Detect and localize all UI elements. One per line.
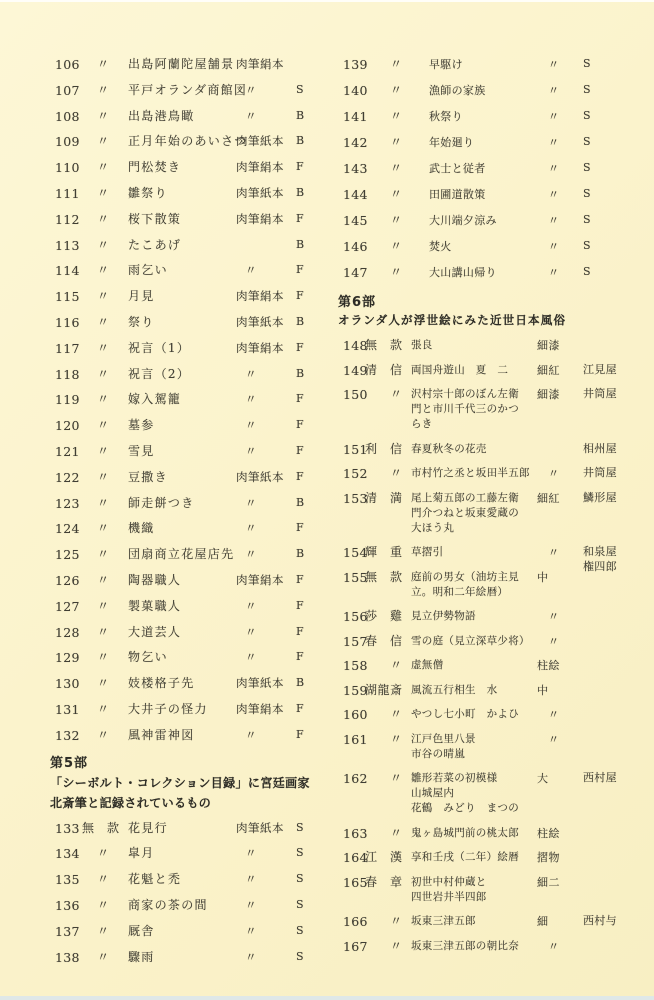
- catalog-entry-122: 122〃豆撒き肉筆紙本F: [50, 470, 314, 485]
- entry-size: F: [296, 212, 314, 227]
- catalog-entry-128: 128〃大道芸人〃F: [50, 625, 314, 640]
- entry-number: 115: [50, 289, 82, 304]
- catalog-entry-111: 111〃雛祭り肉筆紙本B: [50, 186, 314, 201]
- entry-size-line: S: [583, 83, 646, 98]
- entry-size-line: S: [296, 872, 314, 887]
- entry-medium: 肉筆絹本: [232, 160, 296, 175]
- catalog-entry-119: 119〃嫁入駕籠〃F: [50, 392, 314, 407]
- entry-number: 137: [50, 924, 82, 939]
- entry-title-line: 坂東三津五郎の朝比奈: [411, 939, 535, 954]
- entry-artist: 〃: [365, 135, 411, 150]
- entry-artist: 〃: [82, 470, 128, 485]
- entry-number: 156: [338, 609, 365, 624]
- catalog-entry-125: 125〃団扇商立花屋店先〃B: [50, 547, 314, 562]
- entry-size: S: [296, 950, 314, 965]
- entry-number: 122: [50, 470, 82, 485]
- entry-medium: 〃: [535, 634, 583, 649]
- section-5-header: 第5部 「シーボルト・コレクション目録」に宮廷画家 北斎筆と記録されているもの: [50, 754, 314, 813]
- entry-size: F: [296, 341, 314, 356]
- entry-publisher: 井筒屋: [583, 466, 646, 481]
- entry-title: 物乞い: [128, 650, 232, 665]
- entry-medium: 肉筆絹本: [232, 212, 296, 227]
- entry-number: 149: [338, 363, 365, 378]
- entry-number: 129: [50, 650, 82, 665]
- entry-artist: 〃: [365, 732, 411, 747]
- entry-size: F: [296, 702, 314, 717]
- entry-title-line: 出島港鳥瞰: [128, 109, 232, 124]
- entry-size: S: [583, 109, 646, 124]
- entry-medium: 肉筆紙本: [232, 821, 296, 836]
- entry-medium: 〃: [535, 545, 583, 560]
- entry-publisher: 江見屋: [583, 363, 646, 378]
- entry-number: 134: [50, 846, 82, 861]
- catalog-entry-132: 132〃風神雷神図〃F: [50, 728, 314, 743]
- entry-title-line: 製菓職人: [128, 599, 232, 614]
- section-5-subtitle-line: 北斎筆と記録されているもの: [50, 793, 314, 813]
- section-6-header: 第6部 オランダ人が浮世絵にみた近世日本風俗: [338, 293, 646, 329]
- entry-size: B: [296, 676, 314, 691]
- entry-publisher: 和泉屋権四郎: [583, 545, 646, 560]
- entry-medium: 細漆: [535, 387, 583, 402]
- entry-size-line: S: [296, 898, 314, 913]
- entry-title: 月見: [128, 289, 232, 304]
- catalog-entry-136: 136〃商家の茶の間〃S: [50, 898, 314, 913]
- entry-artist: 〃: [82, 109, 128, 124]
- entry-number: 116: [50, 315, 82, 330]
- entry-artist: 〃: [365, 914, 411, 929]
- entry-title: やつし七小町 かよひ: [411, 707, 535, 722]
- entry-medium: 中: [535, 570, 583, 585]
- entry-title-line: らき: [411, 417, 535, 432]
- entry-title-line: 武士と従者: [429, 161, 535, 176]
- entry-number: 163: [338, 826, 365, 841]
- entry-number: 148: [338, 338, 365, 353]
- entry-size: S: [583, 239, 646, 254]
- catalog-entry-166: 166〃坂東三津五郎細西村与: [338, 914, 646, 929]
- entry-title-line: 師走餅つき: [128, 496, 232, 511]
- entry-artist: 〃: [82, 57, 128, 72]
- catalog-entry-116: 116〃祭り肉筆紙本B: [50, 315, 314, 330]
- entry-title-line: 大ほう丸: [411, 521, 535, 536]
- entry-number: 147: [338, 265, 365, 280]
- entry-number: 111: [50, 186, 82, 201]
- entry-artist: 〃: [365, 265, 411, 280]
- entry-size: F: [296, 573, 314, 588]
- entry-number: 155: [338, 570, 365, 585]
- entry-title: 雪見: [128, 444, 232, 459]
- entry-title: 漁師の家族: [411, 83, 535, 98]
- entry-size: S: [296, 898, 314, 913]
- entry-artist: 〃: [82, 650, 128, 665]
- entry-title-line: 物乞い: [128, 650, 232, 665]
- entry-title: 見立伊勢物語: [411, 609, 535, 624]
- entry-medium: 〃: [232, 950, 296, 965]
- entry-title-line: 正月年始のあいさつ: [128, 134, 232, 149]
- entry-number: 138: [50, 950, 82, 965]
- entry-number: 161: [338, 732, 365, 747]
- entry-size: S: [583, 187, 646, 202]
- entry-title: 平戸オランダ商館図: [128, 83, 232, 98]
- entry-title: 花魁と禿: [128, 872, 232, 887]
- catalog-entry-161: 161〃江戸色里八景市谷の晴嵐〃: [338, 732, 646, 762]
- entry-title-line: 初世中村仲蔵と: [411, 875, 535, 890]
- entry-number: 128: [50, 625, 82, 640]
- section-5-subtitle-line: 「シーボルト・コレクション目録」に宮廷画家: [50, 773, 314, 793]
- catalog-entry-112: 112〃桜下散策肉筆絹本F: [50, 212, 314, 227]
- entry-title: 田圃道散策: [411, 187, 535, 202]
- catalog-entry-139: 139〃早駆け〃S: [338, 57, 646, 72]
- entry-title-line: 田圃道散策: [429, 187, 535, 202]
- entry-title: 江戸色里八景市谷の晴嵐: [411, 732, 535, 762]
- entry-number: 106: [50, 57, 82, 72]
- entry-publisher: 鱗形屋: [583, 491, 646, 506]
- entry-title-line: 秋祭り: [429, 109, 535, 124]
- entry-size: F: [296, 599, 314, 614]
- entry-artist: 無 款: [365, 570, 411, 585]
- entry-artist: 湖龍斎: [365, 683, 411, 698]
- catalog-entry-124: 124〃機織〃F: [50, 521, 314, 536]
- entry-title: 早駆け: [411, 57, 535, 72]
- entry-title: 墓参: [128, 418, 232, 433]
- entry-size-line: F: [296, 573, 314, 588]
- entry-medium: 〃: [232, 872, 296, 887]
- catalog-entry-117: 117〃祝言（1）肉筆絹本F: [50, 341, 314, 356]
- entry-medium: 〃: [535, 939, 583, 954]
- left-column: 106〃出島阿蘭陀屋舗景肉筆絹本107〃平戸オランダ商館図〃S108〃出島港鳥瞰…: [50, 57, 314, 975]
- entry-medium: 〃: [232, 496, 296, 511]
- entry-title: 豆撒き: [128, 470, 232, 485]
- catalog-entry-142: 142〃年始廻り〃S: [338, 135, 646, 150]
- entry-number: 112: [50, 212, 82, 227]
- entry-size-line: F: [296, 521, 314, 536]
- entry-number: 118: [50, 367, 82, 382]
- catalog-entry-147: 147〃大山講山帰り〃S: [338, 265, 646, 280]
- entry-title: 祭り: [128, 315, 232, 330]
- entry-size: S: [583, 213, 646, 228]
- entry-title: 草摺引: [411, 545, 535, 560]
- catalog-entry-148: 148無 款張良細漆: [338, 338, 646, 353]
- entry-artist: 江 漢: [365, 850, 411, 865]
- entry-size-line: S: [583, 135, 646, 150]
- entry-title-line: 桜下散策: [128, 212, 232, 227]
- entry-artist: 〃: [82, 496, 128, 511]
- entry-medium: 〃: [232, 924, 296, 939]
- entry-title-line: 皐月: [128, 846, 232, 861]
- entry-size-line: F: [296, 625, 314, 640]
- entry-size-line: B: [296, 315, 314, 330]
- entry-title-line: 草摺引: [411, 545, 535, 560]
- entry-title-line: 漁師の家族: [429, 83, 535, 98]
- entry-title-line: 門と市川千代三のかつ: [411, 402, 535, 417]
- entry-title: 庭前の男女（油坊主見立。明和二年絵暦）: [411, 570, 535, 600]
- entry-title: 師走餅つき: [128, 496, 232, 511]
- catalog-entry-143: 143〃武士と従者〃S: [338, 161, 646, 176]
- entry-size-line: F: [296, 263, 314, 278]
- entry-title-line: 春夏秋冬の花売: [411, 442, 535, 457]
- entry-artist: 〃: [82, 599, 128, 614]
- entry-medium: 中: [535, 683, 583, 698]
- entry-artist: 〃: [82, 547, 128, 562]
- entry-size-line: S: [296, 821, 314, 836]
- entry-number: 108: [50, 109, 82, 124]
- entry-number: 159: [338, 683, 365, 698]
- entry-title-line: 花見行: [128, 821, 232, 836]
- entry-number: 146: [338, 239, 365, 254]
- entry-size: S: [583, 135, 646, 150]
- entry-artist: 〃: [82, 238, 128, 253]
- entry-artist: 〃: [82, 160, 128, 175]
- entry-title-line: 享和壬戌（二年）絵暦: [411, 850, 535, 865]
- entry-title: 享和壬戌（二年）絵暦: [411, 850, 535, 865]
- entry-number: 143: [338, 161, 365, 176]
- entry-size: S: [296, 924, 314, 939]
- entry-size: B: [296, 367, 314, 382]
- entry-number: 126: [50, 573, 82, 588]
- entry-number: 164: [338, 850, 365, 865]
- catalog-entry-109: 109〃正月年始のあいさつ肉筆紙本B: [50, 134, 314, 149]
- entry-number: 135: [50, 872, 82, 887]
- entry-artist: 〃: [82, 625, 128, 640]
- entry-medium: 肉筆絹本: [232, 57, 296, 72]
- entry-publisher: 西村屋: [583, 771, 646, 786]
- entry-size: S: [296, 821, 314, 836]
- entry-title-line: 祝言（1）: [128, 341, 232, 356]
- catalog-entry-135: 135〃花魁と禿〃S: [50, 872, 314, 887]
- entry-size: F: [296, 470, 314, 485]
- entry-size: B: [296, 238, 314, 253]
- entry-title: 風流五行相生 水: [411, 683, 535, 698]
- entry-artist: 莎 雞: [365, 609, 411, 624]
- entry-size: F: [296, 728, 314, 743]
- scan-edge-top: [0, 0, 654, 2]
- entry-artist: 〃: [82, 676, 128, 691]
- entry-size-line: F: [296, 444, 314, 459]
- entry-size-line: F: [296, 418, 314, 433]
- entry-size-line: S: [583, 187, 646, 202]
- entry-title-line: 江戸色里八景: [411, 732, 535, 747]
- entry-title-line: 機織: [128, 521, 232, 536]
- catalog-entry-162: 162〃雛形若菜の初模様山城屋内花鶴 みどり まつの大西村屋: [338, 771, 646, 816]
- entry-artist: 〃: [82, 924, 128, 939]
- entry-size: B: [296, 547, 314, 562]
- entry-title-line: 庭前の男女（油坊主見: [411, 570, 535, 585]
- entry-title: 鬼ヶ島城門前の桃太郎: [411, 826, 535, 841]
- entry-medium: 〃: [232, 898, 296, 913]
- entry-size-line: F: [296, 470, 314, 485]
- entry-title: 秋祭り: [411, 109, 535, 124]
- entry-title-line: 市村竹之丞と坂田半五郎: [411, 466, 535, 481]
- section-6-subtitle-line: オランダ人が浮世絵にみた近世日本風俗: [338, 312, 646, 329]
- entry-size: F: [296, 625, 314, 640]
- entry-title-line: 団扇商立花屋店先: [128, 547, 232, 562]
- entry-title: 大川端夕涼み: [411, 213, 535, 228]
- catalog-entry-165: 165春 章初世中村仲蔵と四世岩井半四郎細二: [338, 875, 646, 905]
- catalog-entry-152: 152〃市村竹之丞と坂田半五郎〃井筒屋: [338, 466, 646, 481]
- entry-number: 110: [50, 160, 82, 175]
- entry-artist: 〃: [82, 846, 128, 861]
- entry-title-line: 平戸オランダ商館図: [128, 83, 232, 98]
- entry-artist: 〃: [82, 950, 128, 965]
- entry-medium: 大: [535, 771, 583, 786]
- catalog-entry-149: 149清 信両国舟遊山 夏 二細紅江見屋: [338, 363, 646, 378]
- entry-title-line: やつし七小町 かよひ: [411, 707, 535, 722]
- entry-medium: 〃: [535, 265, 583, 280]
- entry-number: 141: [338, 109, 365, 124]
- entry-title: 皐月: [128, 846, 232, 861]
- entry-size-line: B: [296, 238, 314, 253]
- entry-medium: 〃: [535, 466, 583, 481]
- catalog-entry-130: 130〃妓楼格子先肉筆紙本B: [50, 676, 314, 691]
- entry-number: 113: [50, 238, 82, 253]
- entry-title: 雪の庭（見立深草少将）: [411, 634, 535, 649]
- entry-title-line: 雪見: [128, 444, 232, 459]
- entry-medium: 〃: [535, 135, 583, 150]
- right-column: 139〃早駆け〃S140〃漁師の家族〃S141〃秋祭り〃S142〃年始廻り〃S1…: [338, 57, 646, 963]
- entry-artist: 〃: [365, 213, 411, 228]
- entry-artist: 無 款: [365, 338, 411, 353]
- section-6-part-label: 第6部: [338, 293, 646, 312]
- entry-size-line: F: [296, 599, 314, 614]
- entry-title-line: 墓参: [128, 418, 232, 433]
- catalog-entry-167: 167〃坂東三津五郎の朝比奈〃: [338, 939, 646, 954]
- entry-medium: 肉筆紙本: [232, 470, 296, 485]
- entry-size: F: [296, 418, 314, 433]
- catalog-entry-137: 137〃厩舎〃S: [50, 924, 314, 939]
- entry-size-line: B: [296, 496, 314, 511]
- right-column-entries-148-167: 148無 款張良細漆149清 信両国舟遊山 夏 二細紅江見屋150〃沢村宗十郎の…: [338, 338, 646, 954]
- entry-title-line: 虚無僧: [411, 658, 535, 673]
- entry-title-line: 尾上菊五郎の工藤左衛: [411, 491, 535, 506]
- entry-title: 嫁入駕籠: [128, 392, 232, 407]
- entry-title: 門松焚き: [128, 160, 232, 175]
- catalog-entry-146: 146〃焚火〃S: [338, 239, 646, 254]
- entry-artist: 〃: [82, 212, 128, 227]
- entry-title: 出島阿蘭陀屋舗景: [128, 57, 232, 72]
- entry-title-line: 坂東三津五郎: [411, 914, 535, 929]
- entry-title: 雛形若菜の初模様山城屋内花鶴 みどり まつの: [411, 771, 535, 816]
- entry-title: 祝言（2）: [128, 367, 232, 382]
- entry-title: 春夏秋冬の花売: [411, 442, 535, 457]
- entry-medium: 〃: [535, 83, 583, 98]
- entry-title: 武士と従者: [411, 161, 535, 176]
- entry-number: 167: [338, 939, 365, 954]
- catalog-entry-106: 106〃出島阿蘭陀屋舗景肉筆絹本: [50, 57, 314, 72]
- left-column-entries-133-138: 133無 款花見行肉筆紙本S134〃皐月〃S135〃花魁と禿〃S136〃商家の茶…: [50, 821, 314, 965]
- entry-title-line: 門松焚き: [128, 160, 232, 175]
- entry-title-line: 焚火: [429, 239, 535, 254]
- entry-number: 109: [50, 134, 82, 149]
- entry-title-line: 年始廻り: [429, 135, 535, 150]
- entry-medium: 細漆: [535, 338, 583, 353]
- entry-title: 尾上菊五郎の工藤左衛門介つねと坂東愛蔵の大ほう丸: [411, 491, 535, 536]
- entry-title-line: 両国舟遊山 夏 二: [411, 363, 535, 378]
- entry-medium: 〃: [232, 846, 296, 861]
- entry-artist: 〃: [82, 521, 128, 536]
- catalog-entry-151: 151利 信春夏秋冬の花売相州屋: [338, 442, 646, 457]
- entry-title-line: 月見: [128, 289, 232, 304]
- entry-artist: 〃: [82, 872, 128, 887]
- entry-number: 144: [338, 187, 365, 202]
- entry-title: 厩舎: [128, 924, 232, 939]
- entry-number: 119: [50, 392, 82, 407]
- entry-title-line: 雛形若菜の初模様: [411, 771, 535, 786]
- entry-title: 正月年始のあいさつ: [128, 134, 232, 149]
- left-column-entries-106-132: 106〃出島阿蘭陀屋舗景肉筆絹本107〃平戸オランダ商館図〃S108〃出島港鳥瞰…: [50, 57, 314, 743]
- entry-title-line: 大道芸人: [128, 625, 232, 640]
- entry-artist: 〃: [82, 367, 128, 382]
- entry-number: 107: [50, 83, 82, 98]
- entry-title: 坂東三津五郎: [411, 914, 535, 929]
- entry-artist: 〃: [365, 826, 411, 841]
- catalog-entry-123: 123〃師走餅つき〃B: [50, 496, 314, 511]
- entry-title-line: 驟雨: [128, 950, 232, 965]
- entry-title: 雨乞い: [128, 263, 232, 278]
- entry-title-line: 大山講山帰り: [429, 265, 535, 280]
- catalog-entry-145: 145〃大川端夕涼み〃S: [338, 213, 646, 228]
- entry-size-line: S: [296, 924, 314, 939]
- catalog-entry-115: 115〃月見肉筆絹本F: [50, 289, 314, 304]
- entry-title-line: 大川端夕涼み: [429, 213, 535, 228]
- entry-title-line: 厩舎: [128, 924, 232, 939]
- entry-title-line: 見立伊勢物語: [411, 609, 535, 624]
- catalog-entry-120: 120〃墓参〃F: [50, 418, 314, 433]
- entry-artist: 〃: [365, 466, 411, 481]
- entry-number: 133: [50, 821, 82, 836]
- entry-number: 162: [338, 771, 365, 786]
- entry-artist: 〃: [82, 263, 128, 278]
- entry-size: F: [296, 521, 314, 536]
- entry-medium: 柱絵: [535, 658, 583, 673]
- entry-artist: 〃: [365, 83, 411, 98]
- entry-medium: 肉筆絹本: [232, 289, 296, 304]
- entry-publisher-line: 井筒屋: [583, 387, 646, 402]
- entry-title: 花見行: [128, 821, 232, 836]
- entry-medium: 柱絵: [535, 826, 583, 841]
- entry-title-line: 四世岩井半四郎: [411, 890, 535, 905]
- entry-title-line: 雛祭り: [128, 186, 232, 201]
- entry-size-line: B: [296, 134, 314, 149]
- entry-publisher-line: 鱗形屋: [583, 491, 646, 506]
- catalog-entry-129: 129〃物乞い〃F: [50, 650, 314, 665]
- catalog-entry-163: 163〃鬼ヶ島城門前の桃太郎柱絵: [338, 826, 646, 841]
- entry-title: 沢村宗十郎のぼん左衛門と市川千代三のかつらき: [411, 387, 535, 432]
- catalog-entry-153: 153清 満尾上菊五郎の工藤左衛門介つねと坂東愛蔵の大ほう丸細紅鱗形屋: [338, 491, 646, 536]
- entry-title: 坂東三津五郎の朝比奈: [411, 939, 535, 954]
- entry-title: 大道芸人: [128, 625, 232, 640]
- entry-medium: 〃: [232, 392, 296, 407]
- entry-number: 136: [50, 898, 82, 913]
- entry-title-line: 出島阿蘭陀屋舗景: [128, 57, 232, 72]
- entry-title-line: 祝言（2）: [128, 367, 232, 382]
- entry-size-line: F: [296, 160, 314, 175]
- entry-number: 132: [50, 728, 82, 743]
- entry-number: 130: [50, 676, 82, 691]
- entry-title: 妓楼格子先: [128, 676, 232, 691]
- scan-edge-bottom: [0, 996, 654, 1000]
- catalog-entry-121: 121〃雪見〃F: [50, 444, 314, 459]
- entry-size-line: F: [296, 212, 314, 227]
- entry-size-line: F: [296, 702, 314, 717]
- entry-title: 虚無僧: [411, 658, 535, 673]
- entry-title-line: 鬼ヶ島城門前の桃太郎: [411, 826, 535, 841]
- catalog-entry-126: 126〃陶器職人肉筆絹本F: [50, 573, 314, 588]
- entry-title: 風神雷神図: [128, 728, 232, 743]
- entry-size-line: S: [583, 265, 646, 280]
- entry-medium: 肉筆絹本: [232, 341, 296, 356]
- entry-medium: 〃: [535, 187, 583, 202]
- entry-title-line: 祭り: [128, 315, 232, 330]
- entry-publisher-line: 西村与: [583, 914, 646, 929]
